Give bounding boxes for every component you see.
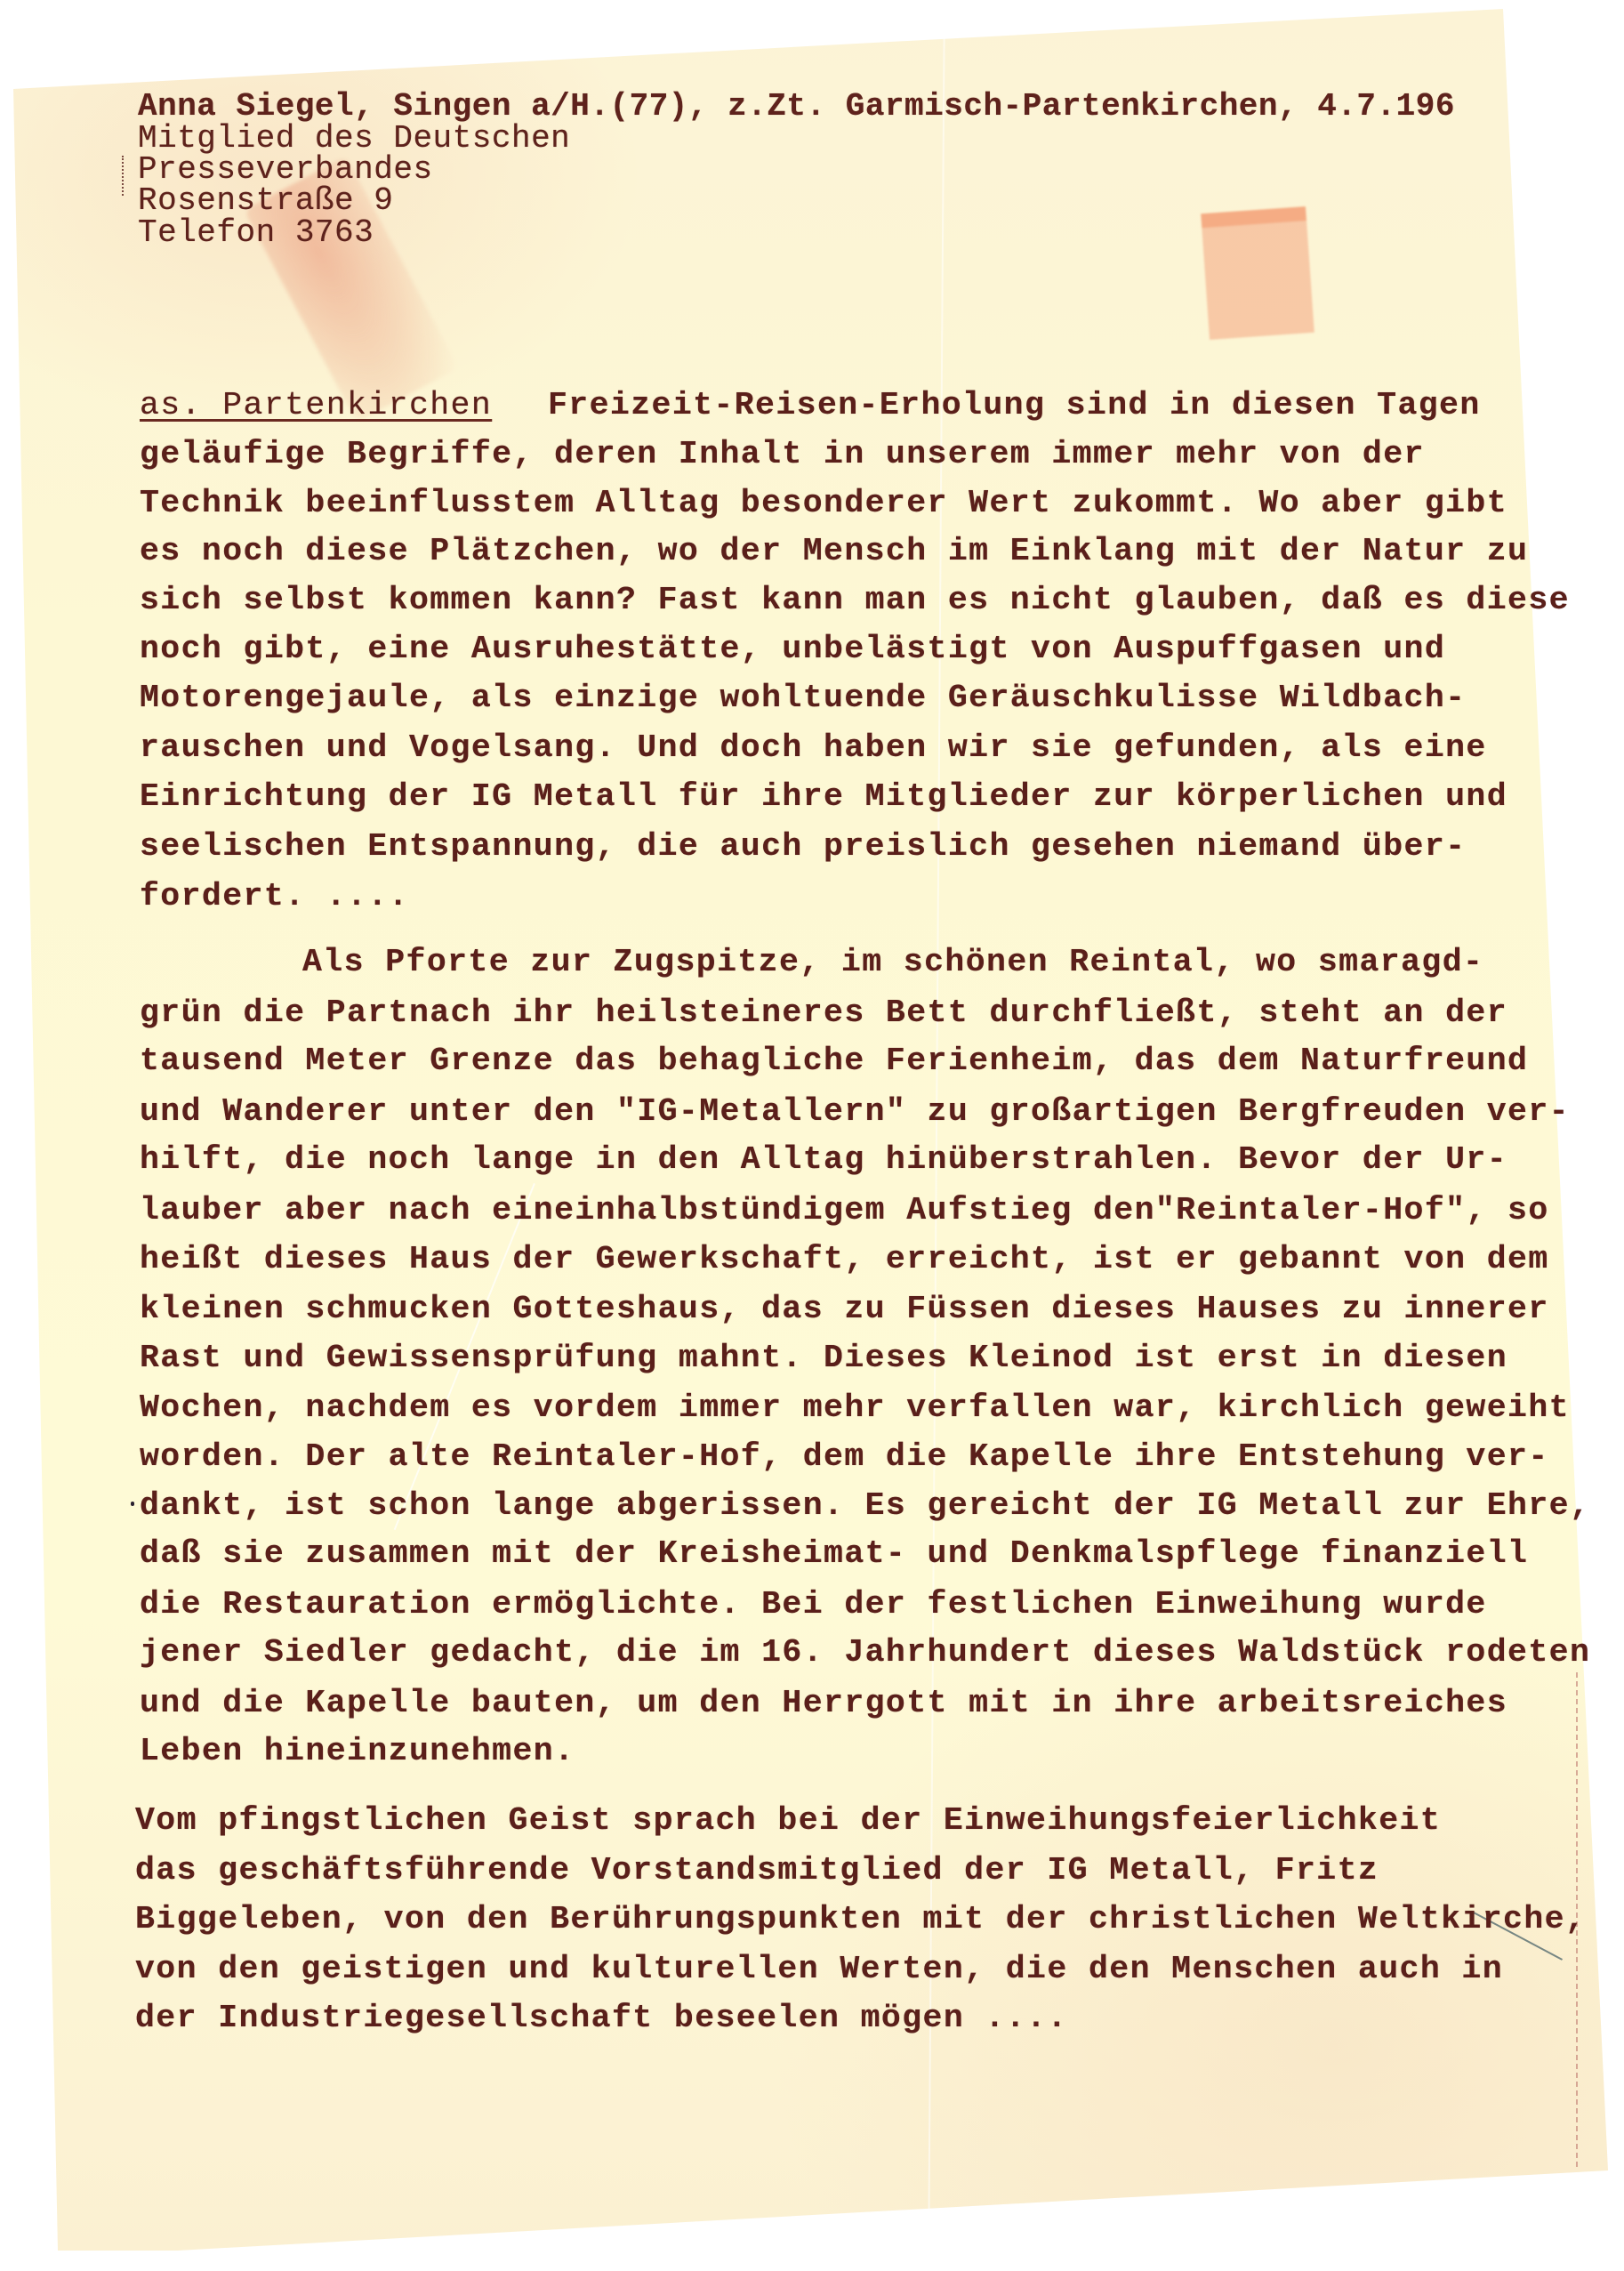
body-line: Technik beeinflusstem Alltag besonderer … (140, 486, 1507, 521)
body-line: Rast und Gewissensprüfung mahnt. Dieses … (140, 1341, 1507, 1376)
tape-stain-right (1201, 206, 1314, 340)
body-line: tausend Meter Grenze das behagliche Feri… (140, 1043, 1528, 1079)
margin-mark (122, 156, 125, 196)
body-line: Wochen, nachdem es vordem immer mehr ver… (140, 1390, 1570, 1426)
body-line: Motorengejaule, als einzige wohltuende G… (140, 680, 1466, 716)
body-line: Biggeleben, von den Berührungspunkten mi… (135, 1902, 1586, 1937)
body-line: der Industriegesellschaft beseelen mögen… (135, 2001, 1068, 2036)
body-line: fordert. .... (140, 879, 409, 914)
letterhead-line: Presseverbandes (138, 154, 433, 186)
body-line: daß sie zusammen mit der Kreisheimat- un… (140, 1536, 1528, 1572)
body-line: es noch diese Plätzchen, wo der Mensch i… (140, 534, 1528, 569)
body-line: Freizeit-Reisen-Erholung sind in diesen … (548, 388, 1481, 423)
body-line: hilft, die noch lange in den Alltag hinü… (140, 1142, 1507, 1178)
body-line: dankt, ist schon lange abgerissen. Es ge… (140, 1488, 1590, 1524)
ink-dot (131, 1502, 134, 1506)
body-line: noch gibt, eine Ausruhestätte, unbelästi… (140, 632, 1445, 667)
body-line: und Wanderer unter den "IG-Metallern" zu… (140, 1094, 1570, 1130)
body-line: seelischen Entspannung, die auch preisli… (140, 829, 1466, 865)
dateline: Anna Siegel, Singen a/H.(77), z.Zt. Garm… (138, 91, 1455, 123)
body-line: kleinen schmucken Gotteshaus, das zu Füs… (140, 1292, 1549, 1327)
body-line: Vom pfingstlichen Geist sprach bei der E… (135, 1803, 1441, 1839)
body-line: rauschen und Vogelsang. Und doch haben w… (140, 730, 1487, 766)
body-line: das geschäftsführende Vorstandsmitglied … (135, 1853, 1379, 1888)
body-line: Einrichtung der IG Metall für ihre Mitgl… (140, 779, 1507, 815)
body-line: die Restauration ermöglichte. Bei der fe… (140, 1587, 1487, 1623)
body-line: jener Siedler gedacht, die im 16. Jahrhu… (140, 1635, 1590, 1671)
body-line: Leben hineinzunehmen. (140, 1734, 575, 1769)
letterhead-line: Mitglied des Deutschen (138, 123, 570, 155)
letterhead-line: Telefon 3763 (138, 217, 374, 249)
body-line: geläufige Begriffe, deren Inhalt in unse… (140, 437, 1425, 472)
body-line: heißt dieses Haus der Gewerkschaft, erre… (140, 1242, 1549, 1277)
body-line: worden. Der alte Reintaler-Hof, dem die … (140, 1439, 1549, 1475)
body-line: lauber aber nach eineinhalbstündigem Auf… (140, 1193, 1549, 1228)
body-line: von den geistigen und kulturellen Werten… (135, 1952, 1503, 1987)
body-line: Als Pforte zur Zugspitze, im schönen Rei… (302, 945, 1483, 980)
byline: as. Partenkirchen (140, 388, 492, 423)
body-line: und die Kapelle bauten, um den Herrgott … (140, 1686, 1507, 1721)
body-line: grün die Partnach ihr heilsteineres Bett… (140, 995, 1507, 1031)
body-line: sich selbst kommen kann? Fast kann man e… (140, 583, 1570, 618)
letterhead-line: Rosenstraße 9 (138, 185, 393, 217)
